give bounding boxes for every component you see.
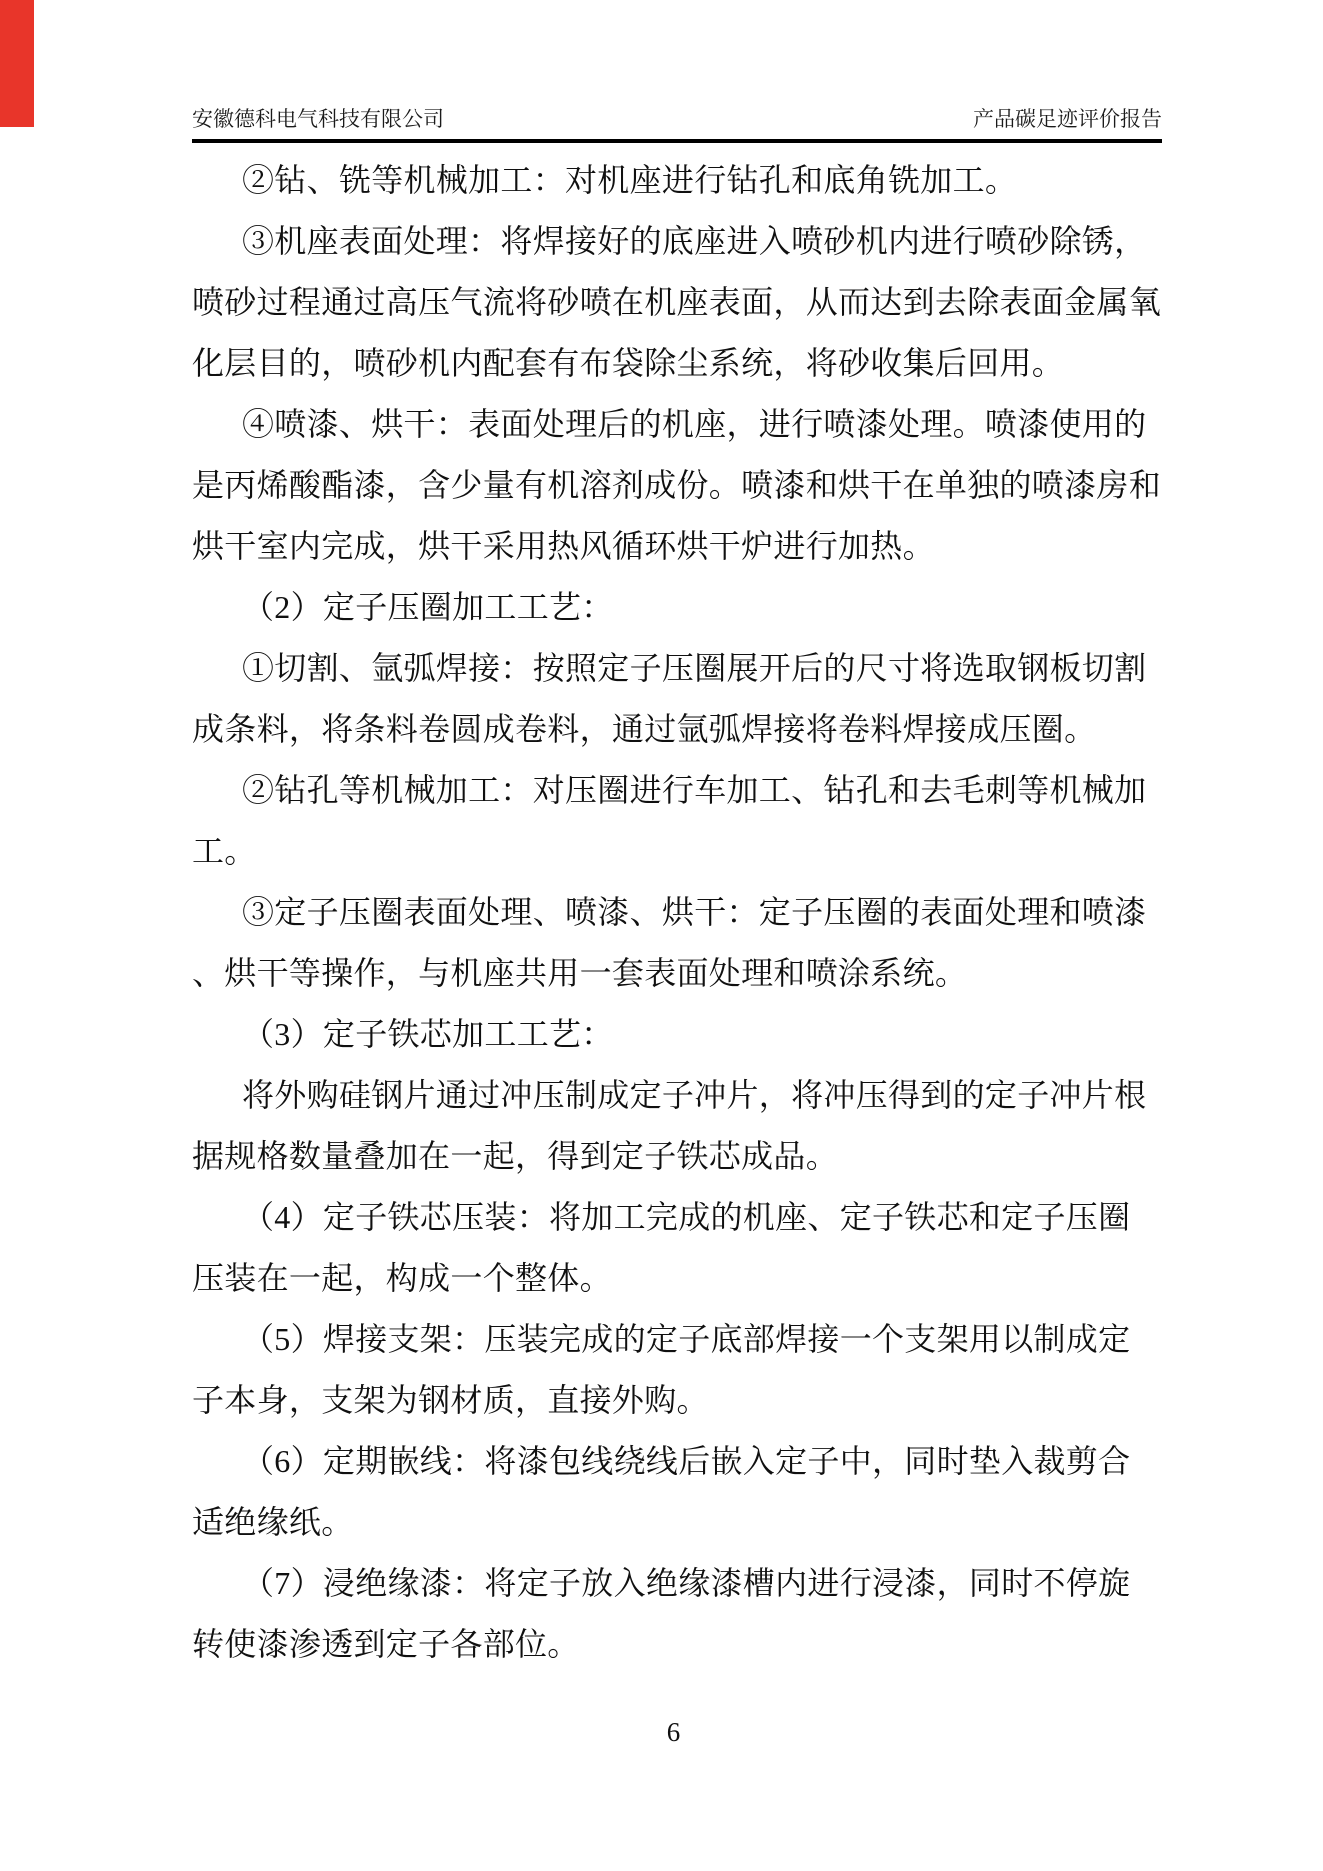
body-line: 、烘干等操作，与机座共用一套表面处理和喷涂系统。: [192, 943, 1172, 1004]
header-report-title: 产品碳足迹评价报告: [973, 106, 1162, 132]
body-line: 适绝缘纸。: [192, 1492, 1172, 1553]
body-line: ①切割、氩弧焊接：按照定子压圈展开后的尺寸将选取钢板切割: [192, 638, 1172, 699]
body-line: （2）定子压圈加工工艺：: [192, 577, 1172, 638]
header-rule: [192, 139, 1162, 143]
body-line: 喷砂过程通过高压气流将砂喷在机座表面，从而达到去除表面金属氧: [192, 272, 1172, 333]
body-line: 将外购硅钢片通过冲压制成定子冲片，将冲压得到的定子冲片根: [192, 1065, 1172, 1126]
header-company-name: 安徽德科电气科技有限公司: [192, 106, 444, 132]
body-line: 化层目的，喷砂机内配套有布袋除尘系统，将砂收集后回用。: [192, 333, 1172, 394]
body-line: （6）定期嵌线：将漆包线绕线后嵌入定子中，同时垫入裁剪合: [192, 1431, 1172, 1492]
body-line: （7）浸绝缘漆：将定子放入绝缘漆槽内进行浸漆，同时不停旋: [192, 1553, 1172, 1614]
body-line: ③机座表面处理：将焊接好的底座进入喷砂机内进行喷砂除锈，: [192, 211, 1172, 272]
body-line: 成条料，将条料卷圆成卷料，通过氩弧焊接将卷料焊接成压圈。: [192, 699, 1172, 760]
body-line: 是丙烯酸酯漆，含少量有机溶剂成份。喷漆和烘干在单独的喷漆房和: [192, 455, 1172, 516]
body-line: （3）定子铁芯加工工艺：: [192, 1004, 1172, 1065]
body-line: 压装在一起，构成一个整体。: [192, 1248, 1172, 1309]
red-corner-strip: [0, 0, 34, 127]
body-line: （4）定子铁芯压装：将加工完成的机座、定子铁芯和定子压圈: [192, 1187, 1172, 1248]
body-line: ②钻、铣等机械加工：对机座进行钻孔和底角铣加工。: [192, 150, 1172, 211]
body-line: 烘干室内完成，烘干采用热风循环烘干炉进行加热。: [192, 516, 1172, 577]
body-line: ②钻孔等机械加工：对压圈进行车加工、钻孔和去毛刺等机械加: [192, 760, 1172, 821]
page-footer: 6: [192, 1716, 1155, 1748]
page-header: 安徽德科电气科技有限公司 产品碳足迹评价报告: [192, 106, 1162, 132]
page-number: 6: [667, 1717, 681, 1747]
body-line: ③定子压圈表面处理、喷漆、烘干：定子压圈的表面处理和喷漆: [192, 882, 1172, 943]
body-line: 子本身，支架为钢材质，直接外购。: [192, 1370, 1172, 1431]
body-line: ④喷漆、烘干：表面处理后的机座，进行喷漆处理。喷漆使用的: [192, 394, 1172, 455]
document-body: ②钻、铣等机械加工：对机座进行钻孔和底角铣加工。③机座表面处理：将焊接好的底座进…: [192, 150, 1172, 1675]
body-line: 据规格数量叠加在一起，得到定子铁芯成品。: [192, 1126, 1172, 1187]
body-line: （5）焊接支架：压装完成的定子底部焊接一个支架用以制成定: [192, 1309, 1172, 1370]
body-line: 工。: [192, 821, 1172, 882]
body-line: 转使漆渗透到定子各部位。: [192, 1614, 1172, 1675]
